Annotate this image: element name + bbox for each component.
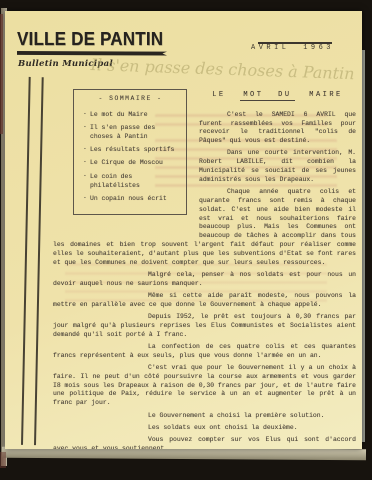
title-underline-rule	[17, 51, 167, 56]
sommaire-box: - SOMMAIRE - Le mot du MaireIl s'en pass…	[73, 89, 187, 215]
paragraph: Vous pouvez compter sur vos Elus qui son…	[53, 436, 356, 449]
paragraph: Le Gouvernement a choisi la première sol…	[53, 412, 356, 421]
sommaire-title: - SOMMAIRE -	[81, 95, 180, 104]
issue-date: AVRIL 1963	[251, 44, 334, 52]
article-title-le: LE	[212, 91, 225, 99]
paragraph: La confection de ces quatre colis et ces…	[53, 343, 356, 361]
sommaire-item: Il s'en passe des choses à Pantin	[81, 124, 180, 142]
sommaire-item: Le mot du Maire	[81, 111, 180, 120]
typewritten-content: - SOMMAIRE - Le mot du MaireIl s'en pass…	[53, 77, 356, 449]
page-title: VILLE DE PANTIN	[17, 29, 163, 51]
double-margin-rules	[21, 77, 44, 445]
bulletin-page: VILLE DE PANTIN Bulletin Municipal AVRIL…	[5, 11, 362, 449]
paragraph: Malgré cela, penser à nos soldats est po…	[53, 271, 356, 289]
sommaire-item: Un copain nous écrit	[81, 195, 180, 204]
paragraph: Depuis I952, le prêt est toujours à 0,30…	[53, 313, 356, 339]
binding-spine-mark	[0, 14, 3, 134]
scanned-document: { "header": { "brand": "VILLE DE PANTIN"…	[0, 0, 372, 480]
paragraph: Les soldats eux ont choisi la deuxième.	[53, 424, 356, 433]
bulletin-subtitle: Bulletin Municipal	[18, 59, 113, 69]
sommaire-item: Les résultats sportifs	[81, 146, 180, 155]
date-overline-rule	[258, 42, 332, 44]
article-title-underlined: MOT DU	[240, 91, 294, 101]
paragraph: C'est vrai que pour le Gouvernement il y…	[53, 364, 356, 408]
sommaire-list: Le mot du MaireIl s'en passe des choses …	[81, 111, 180, 204]
binding-spine-mark	[0, 452, 6, 468]
sommaire-item: Le Cirque de Moscou	[81, 159, 180, 168]
article-title-maire: MAIRE	[309, 91, 343, 99]
paragraph: Même si cette aide paraît modeste, nous …	[53, 292, 356, 310]
sommaire-item: Le coin des philatélistes	[81, 173, 180, 191]
